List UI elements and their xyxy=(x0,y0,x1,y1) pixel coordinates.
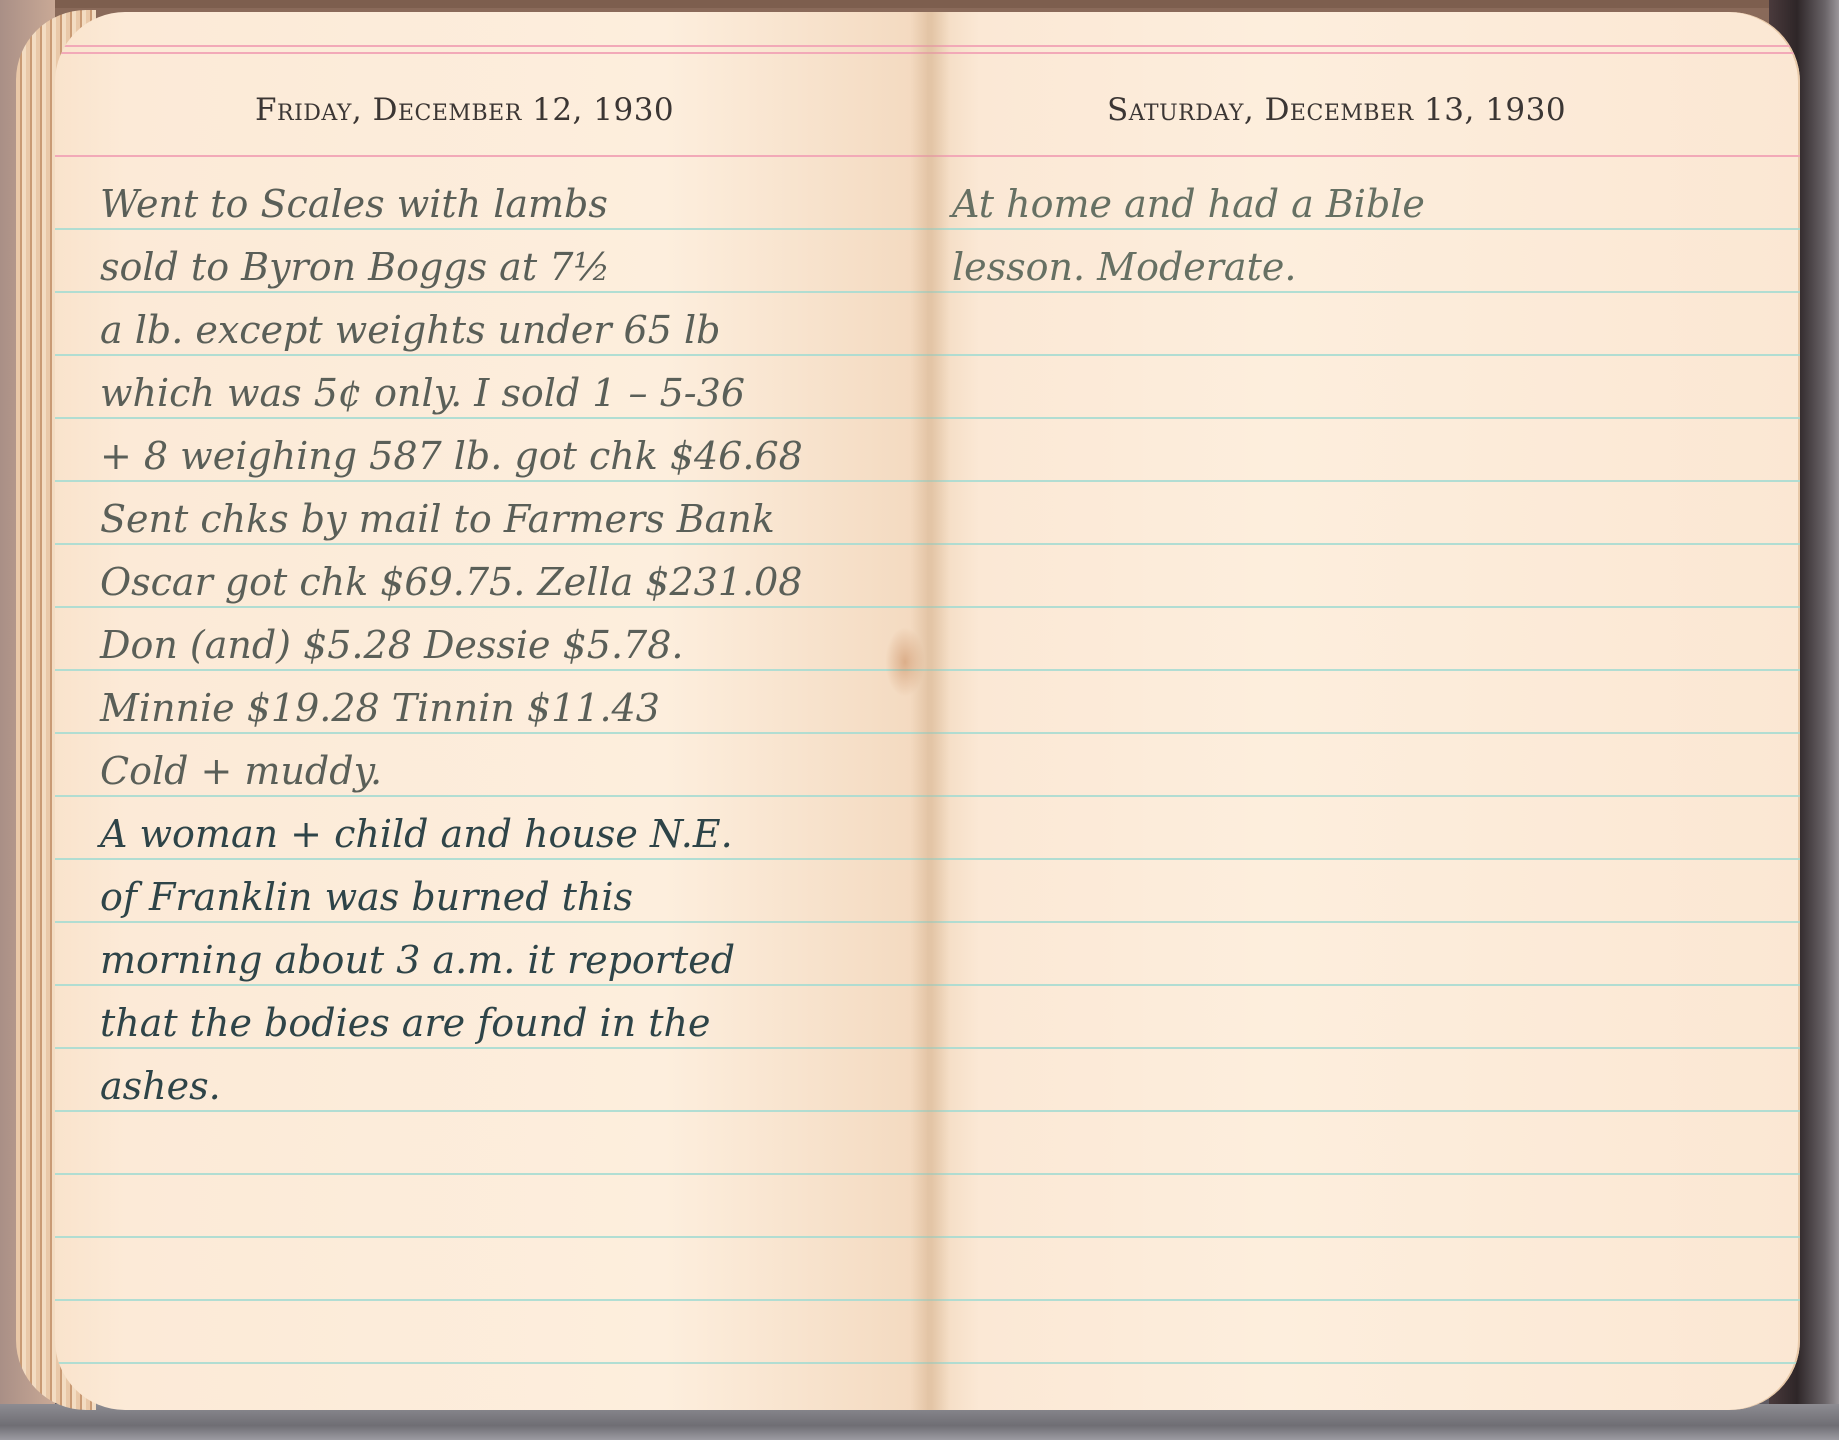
paper-stain xyxy=(885,627,925,697)
open-diary: Friday, December 12, 1930 Went to Scales… xyxy=(55,12,1800,1410)
blue-rule xyxy=(927,606,1800,608)
blue-rule xyxy=(927,1236,1800,1238)
pink-rule xyxy=(927,155,1800,157)
entry-line: + 8 weighing 587 lb. got chk $46.68 xyxy=(100,425,897,488)
blue-rule xyxy=(927,984,1800,986)
entry-line: A woman + child and house N.E. xyxy=(100,803,897,866)
pink-rule xyxy=(55,155,927,157)
pink-rule xyxy=(927,52,1800,54)
entry-line: Cold + muddy. xyxy=(100,740,897,803)
entry-line: Don (and) $5.28 Dessie $5.78. xyxy=(100,614,897,677)
entry-line: Went to Scales with lambs xyxy=(100,173,897,236)
pink-rule xyxy=(55,52,927,54)
right-page: Saturday, December 13, 1930 At home and … xyxy=(927,12,1800,1410)
entry-line: morning about 3 a.m. it reported xyxy=(100,929,897,992)
entry-line: sold to Byron Boggs at 7½ xyxy=(100,236,897,299)
blue-rule xyxy=(927,1362,1800,1364)
entry-line: Oscar got chk $69.75. Zella $231.08 xyxy=(100,551,897,614)
blue-rule xyxy=(927,858,1800,860)
entry-line: ashes. xyxy=(100,1055,897,1118)
entry-line: Sent chks by mail to Farmers Bank xyxy=(100,488,897,551)
handwritten-entry-right: At home and had a Bible lesson. Moderate… xyxy=(952,173,1770,299)
blue-rule xyxy=(55,1173,927,1175)
blue-rule xyxy=(927,354,1800,356)
blue-rule xyxy=(927,732,1800,734)
handwritten-entry-left: Went to Scales with lambs sold to Byron … xyxy=(100,173,897,1118)
date-heading-right: Saturday, December 13, 1930 xyxy=(1107,92,1566,128)
blue-rule xyxy=(927,1173,1800,1175)
blue-rule xyxy=(55,1299,927,1301)
pink-rule xyxy=(927,45,1800,47)
entry-line: of Franklin was burned this xyxy=(100,866,897,929)
entry-line: lesson. Moderate. xyxy=(952,236,1770,299)
blue-rule xyxy=(55,1236,927,1238)
entry-line: a lb. except weights under 65 lb xyxy=(100,299,897,362)
blue-rule xyxy=(927,1110,1800,1112)
blue-rule xyxy=(927,669,1800,671)
left-page: Friday, December 12, 1930 Went to Scales… xyxy=(55,12,927,1410)
blue-rule xyxy=(927,1299,1800,1301)
blue-rule xyxy=(927,921,1800,923)
date-heading-left: Friday, December 12, 1930 xyxy=(255,92,674,128)
blue-rule xyxy=(927,795,1800,797)
entry-line: Minnie $19.28 Tinnin $11.43 xyxy=(100,677,897,740)
blue-rule xyxy=(55,1362,927,1364)
entry-line: that the bodies are found in the xyxy=(100,992,897,1055)
blue-rule xyxy=(927,417,1800,419)
blue-rule xyxy=(927,543,1800,545)
blue-rule xyxy=(927,1047,1800,1049)
entry-line: At home and had a Bible xyxy=(952,173,1770,236)
entry-line: which was 5¢ only. I sold 1 – 5-36 xyxy=(100,362,897,425)
pink-rule xyxy=(55,45,927,47)
blue-rule xyxy=(927,480,1800,482)
